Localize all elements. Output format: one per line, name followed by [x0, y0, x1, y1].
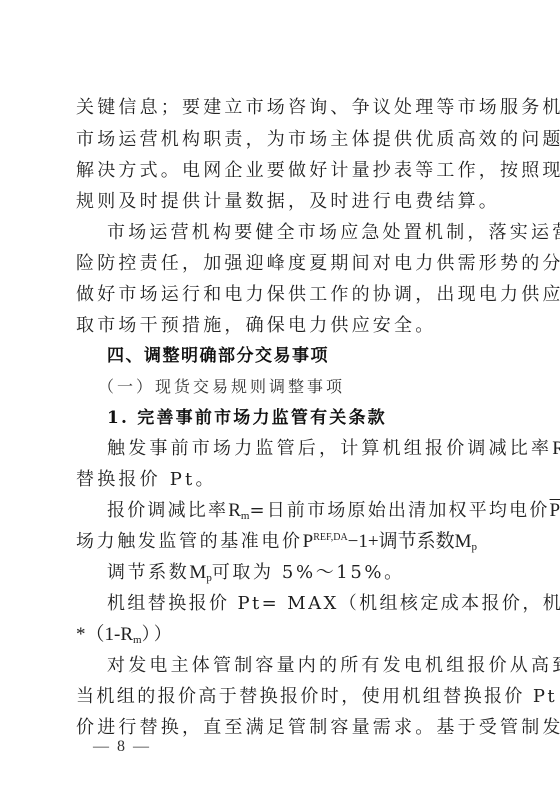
rm-symbol: Rm [228, 500, 249, 521]
item-paragraph-line: 触发事前市场力监管后，计算机组报价调减比率Rm和机组 [107, 438, 490, 460]
document-page: 关键信息；要建立市场咨询、争议处理等市场服务机制，履行好 市场运营机构职责，为市… [0, 0, 560, 791]
formula-pt-line: 机组替换报价 Pt= MAX（机组核定成本报价，机组原始报价 [107, 593, 490, 615]
paragraph-line: 险防控责任，加强迎峰度夏期间对电力供需形势的分析和预测， [76, 253, 490, 275]
paragraph-line: 价进行替换，直至满足管制容量需求。基于受管制发电主体替换 [76, 717, 490, 739]
paragraph-line: 解决方式。电网企业要做好计量抄表等工作，按照现货市场交易 [76, 160, 490, 182]
p-da-symbol: PDA [550, 500, 560, 521]
p-ref-da-symbol: PREF,DA [303, 531, 348, 552]
text: 触发事前市场力监管后，计算机组报价调减比率 [107, 438, 552, 459]
formula-pt-line: *（1-Rm）） [76, 624, 490, 646]
subsection-heading: （一）现货交易规则调整事项 [98, 376, 512, 398]
paragraph-line: 市场运营机构要健全市场应急处置机制，落实运营监控和风 [107, 222, 490, 244]
paragraph-line: 做好市场运行和电力保供工作的协调，出现电力供应问题及时采 [76, 284, 490, 306]
formula-rate-line: 报价调减比率Rm=日前市场原始出清加权平均电价PDA/市 [107, 500, 490, 522]
paragraph-line: 对发电主体管制容量内的所有发电机组报价从高到低排序， [107, 655, 490, 677]
paragraph-line: 关键信息；要建立市场咨询、争议处理等市场服务机制，履行好 [76, 97, 490, 119]
page-number: — 8 — [93, 738, 151, 756]
coefficient-range-line: 调节系数Mp可取为 5%～15%。 [107, 562, 490, 584]
rm-symbol: Rm [120, 624, 141, 645]
rm-symbol: Rm [552, 438, 560, 459]
mp-symbol: Mp [189, 562, 211, 583]
paragraph-line: 规则及时提供计量数据，及时进行电费结算。 [76, 191, 490, 213]
paragraph-line: 市场运营机构职责，为市场主体提供优质高效的问题咨询和争议 [76, 129, 490, 151]
mp-symbol: Mp [455, 531, 477, 552]
paragraph-line: 当机组的报价高于替换报价时，使用机组替换报价 Pt 对机组报 [76, 686, 490, 708]
section-heading: 四、调整明确部分交易事项 [107, 345, 490, 367]
paragraph-line: 取市场干预措施，确保电力供应安全。 [76, 315, 490, 337]
formula-rate-line: 场力触发监管的基准电价PREF,DA−1+调节系数Mp [76, 531, 490, 553]
item-paragraph-line: 替换报价 Pt。 [76, 469, 490, 491]
item-heading: 1. 完善事前市场力监管有关条款 [107, 407, 490, 429]
